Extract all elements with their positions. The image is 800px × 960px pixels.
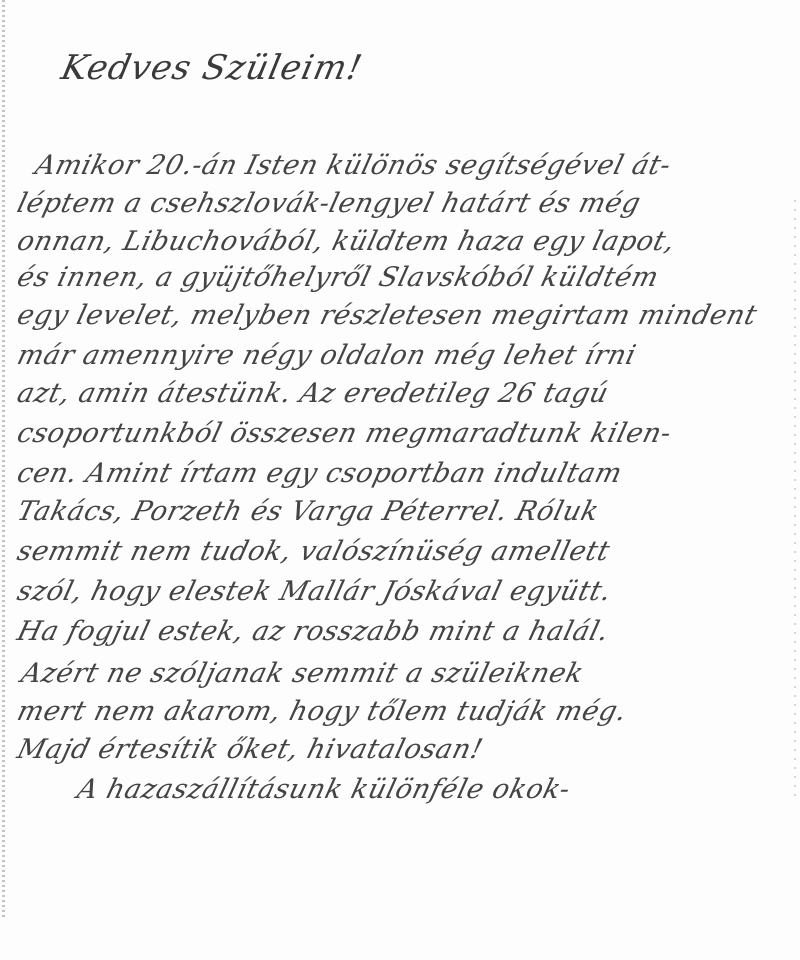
letter-line: Azért ne szóljanak semmit a szüleiknek	[18, 658, 587, 689]
letter-line: Majd értesítik őket, hivatalosan!	[14, 734, 486, 765]
letter-page: Kedves Szüleim! Amikor 20.-án Isten külö…	[0, 0, 800, 960]
letter-line: mert nem akarom, hogy tőlem tudják még.	[14, 696, 630, 727]
letter-line: semmit nem tudok, valószínüség amellett	[14, 536, 613, 567]
letter-line: csoportunkból összesen megmaradtunk kile…	[14, 418, 675, 449]
letter-salutation: Kedves Szüleim!	[58, 48, 366, 88]
perforated-left-edge	[2, 0, 5, 920]
letter-line: onnan, Libuchovából, küldtem haza egy la…	[14, 226, 678, 257]
letter-line: Amikor 20.-án Isten különös segítségével…	[32, 150, 674, 181]
letter-line: és innen, a gyüjtőhelyről Slavskóból kül…	[14, 262, 662, 293]
letter-line: szól, hogy elestek Mallár Jóskával együt…	[14, 576, 615, 607]
letter-line: Ha fogjul estek, az rosszabb mint a halá…	[14, 616, 612, 647]
letter-line: cen. Amint írtam egy csoportban indultam	[14, 458, 625, 489]
letter-line: azt, amin átestünk. Az eredetileg 26 tag…	[14, 378, 612, 409]
letter-line: léptem a cseh­szlovák-lengyel határt és …	[14, 188, 644, 219]
letter-line: egy levelet, melyben részletesen megirta…	[14, 300, 760, 331]
letter-line: A hazaszállításunk különféle okok-	[74, 774, 574, 805]
letter-line: már amennyire négy oldalon még lehet írn…	[14, 340, 639, 371]
letter-line: Takács, Porzeth és Varga Péterrel. Róluk	[14, 496, 602, 527]
paper-right-edge	[794, 200, 796, 800]
